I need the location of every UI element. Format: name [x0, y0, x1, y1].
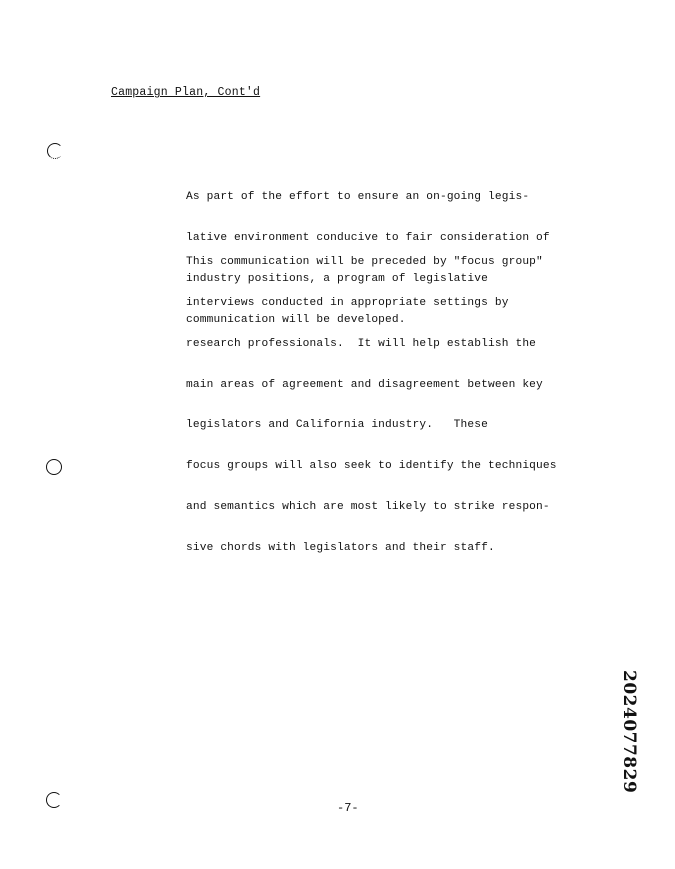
text-line: As part of the effort to ensure an on-go… — [186, 191, 550, 205]
punch-hole-middle-icon — [46, 459, 62, 475]
text-line: sive chords with legislators and their s… — [186, 542, 557, 556]
text-line: research professionals. It will help est… — [186, 338, 557, 352]
paragraph-focus-groups: This communication will be preceded by "… — [186, 229, 557, 569]
page-number: -7- — [337, 801, 359, 815]
bates-number: 2024077829 — [619, 670, 639, 790]
text-line: This communication will be preceded by "… — [186, 256, 557, 270]
text-line: main areas of agreement and disagreement… — [186, 379, 557, 393]
text-line: legislators and California industry. The… — [186, 419, 557, 433]
punch-hole-bottom-icon — [46, 792, 62, 808]
section-heading: Campaign Plan, Cont'd — [111, 86, 260, 99]
punch-hole-top-icon — [47, 143, 63, 159]
text-line: focus groups will also seek to identify … — [186, 460, 557, 474]
text-line: and semantics which are most likely to s… — [186, 501, 557, 515]
text-line: interviews conducted in appropriate sett… — [186, 297, 557, 311]
